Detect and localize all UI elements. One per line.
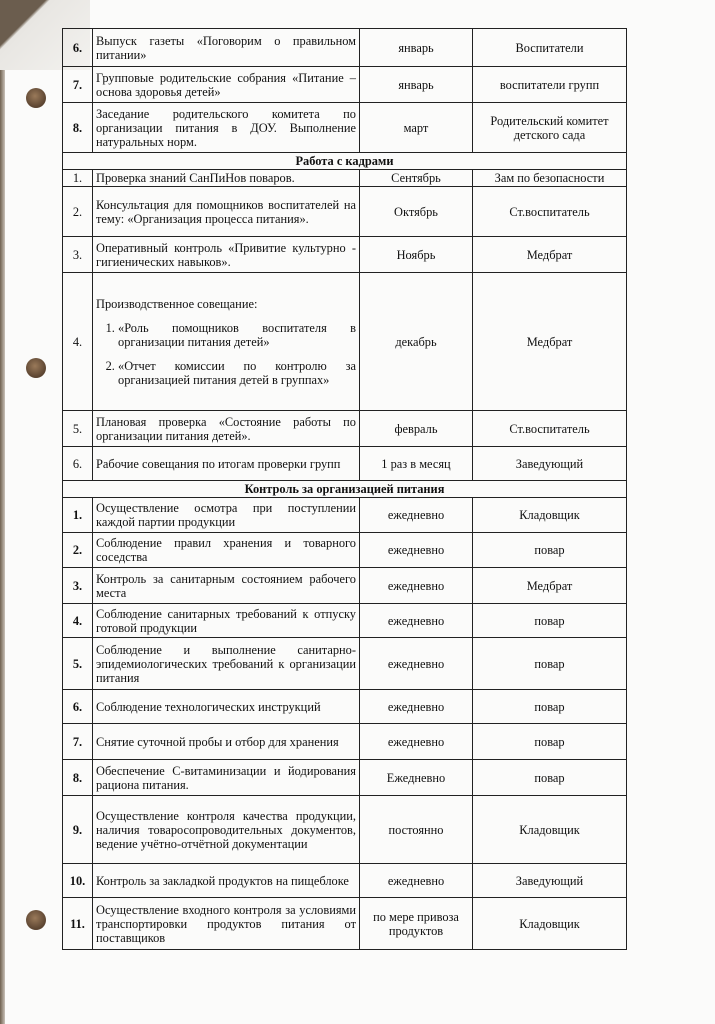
section-title-staff: Работа с кадрами [63, 153, 627, 170]
row-number: 4. [63, 604, 93, 638]
table-row: 4. Соблюдение санитарных требований к от… [63, 604, 627, 638]
section-header-row: Контроль за организацией питания [63, 481, 627, 498]
table-row: 7. Групповые родительские собрания «Пита… [63, 67, 627, 103]
responsible-cell: повар [473, 604, 627, 638]
deadline-cell: ежедневно [360, 604, 473, 638]
deadline-cell: ежедневно [360, 568, 473, 604]
table-row: 6. Рабочие совещания по итогам проверки … [63, 447, 627, 481]
responsible-cell: Медбрат [473, 568, 627, 604]
table-row: 3. Оперативный контроль «Привитие культу… [63, 237, 627, 273]
nutrition-plan-table: 6. Выпуск газеты «Поговорим о правильном… [62, 28, 627, 950]
activity-cell: Осуществление контроля качества продукци… [93, 796, 360, 864]
row-number: 5. [63, 411, 93, 447]
row-number: 9. [63, 796, 93, 864]
row-number: 1. [63, 498, 93, 533]
responsible-cell: Кладовщик [473, 498, 627, 533]
responsible-cell: повар [473, 724, 627, 760]
table-row: 8. Заседание родительского комитета по о… [63, 103, 627, 153]
table-row: 2. Консультация для помощников воспитате… [63, 187, 627, 237]
activity-cell: Соблюдение правил хранения и товарного с… [93, 533, 360, 568]
deadline-cell: февраль [360, 411, 473, 447]
deadline-cell: ежедневно [360, 724, 473, 760]
row-number: 6. [63, 29, 93, 67]
activity-cell: Снятие суточной пробы и отбор для хранен… [93, 724, 360, 760]
punch-hole [26, 910, 46, 930]
row-number: 7. [63, 67, 93, 103]
activity-cell: Контроль за санитарным состоянием рабоче… [93, 568, 360, 604]
activity-cell: Обеспечение С-витаминизации и йодировани… [93, 760, 360, 796]
table-row: 3. Контроль за санитарным состоянием раб… [63, 568, 627, 604]
row-number: 2. [63, 533, 93, 568]
activity-heading: Производственное совещание: [96, 297, 356, 311]
responsible-cell: повар [473, 690, 627, 724]
activity-cell: Выпуск газеты «Поговорим о правильном пи… [93, 29, 360, 67]
row-number: 8. [63, 103, 93, 153]
deadline-cell: март [360, 103, 473, 153]
activity-cell: Проверка знаний СанПиНов поваров. [93, 170, 360, 187]
row-number: 11. [63, 898, 93, 950]
row-number: 6. [63, 447, 93, 481]
activity-cell: Соблюдение санитарных требований к отпус… [93, 604, 360, 638]
deadline-cell: по мере привоза продуктов [360, 898, 473, 950]
responsible-cell: повар [473, 533, 627, 568]
responsible-cell: Родительский комитет детского сада [473, 103, 627, 153]
deadline-cell: Ноябрь [360, 237, 473, 273]
activity-cell: Соблюдение технологических инструкций [93, 690, 360, 724]
table-row: 2. Соблюдение правил хранения и товарног… [63, 533, 627, 568]
scanned-page: 6. Выпуск газеты «Поговорим о правильном… [0, 0, 715, 1024]
section-header-row: Работа с кадрами [63, 153, 627, 170]
responsible-cell: Заведующий [473, 447, 627, 481]
agenda-item: «Роль помощников воспитателя в организац… [118, 321, 356, 349]
agenda-list: «Роль помощников воспитателя в организац… [96, 321, 356, 387]
activity-cell: Рабочие совещания по итогам проверки гру… [93, 447, 360, 481]
table-row: 6. Соблюдение технологических инструкций… [63, 690, 627, 724]
deadline-cell: 1 раз в месяц [360, 447, 473, 481]
activity-cell: Консультация для помощников воспитателей… [93, 187, 360, 237]
activity-cell: Соблюдение и выполнение санитарно-эпидем… [93, 638, 360, 690]
row-number: 3. [63, 568, 93, 604]
table-row: 10. Контроль за закладкой продуктов на п… [63, 864, 627, 898]
deadline-cell: ежедневно [360, 533, 473, 568]
row-number: 4. [63, 273, 93, 411]
deadline-cell: Октябрь [360, 187, 473, 237]
table-row: 5. Плановая проверка «Состояние работы п… [63, 411, 627, 447]
responsible-cell: повар [473, 760, 627, 796]
row-number: 1. [63, 170, 93, 187]
activity-cell: Контроль за закладкой продуктов на пищеб… [93, 864, 360, 898]
row-number: 2. [63, 187, 93, 237]
table-row: 6. Выпуск газеты «Поговорим о правильном… [63, 29, 627, 67]
table-row: 5. Соблюдение и выполнение санитарно-эпи… [63, 638, 627, 690]
table-row: 1. Проверка знаний СанПиНов поваров. Сен… [63, 170, 627, 187]
activity-cell: Групповые родительские собрания «Питание… [93, 67, 360, 103]
responsible-cell: Воспитатели [473, 29, 627, 67]
table-row: 8. Обеспечение С-витаминизации и йодиров… [63, 760, 627, 796]
activity-cell: Осуществление осмотра при поступлении ка… [93, 498, 360, 533]
responsible-cell: Медбрат [473, 237, 627, 273]
punch-hole [26, 358, 46, 378]
activity-cell: Производственное совещание: «Роль помощн… [93, 273, 360, 411]
deadline-cell: январь [360, 29, 473, 67]
table-row: 7. Снятие суточной пробы и отбор для хра… [63, 724, 627, 760]
responsible-cell: воспитатели групп [473, 67, 627, 103]
table-row: 1. Осуществление осмотра при поступлении… [63, 498, 627, 533]
row-number: 8. [63, 760, 93, 796]
deadline-cell: постоянно [360, 796, 473, 864]
activity-cell: Заседание родительского комитета по орга… [93, 103, 360, 153]
deadline-cell: Сентябрь [360, 170, 473, 187]
responsible-cell: Заведующий [473, 864, 627, 898]
row-number: 6. [63, 690, 93, 724]
page-edge-shadow [0, 0, 5, 1024]
deadline-cell: январь [360, 67, 473, 103]
agenda-item: «Отчет комиссии по контролю за организац… [118, 359, 356, 387]
responsible-cell: Медбрат [473, 273, 627, 411]
responsible-cell: Кладовщик [473, 796, 627, 864]
deadline-cell: декабрь [360, 273, 473, 411]
activity-cell: Плановая проверка «Состояние работы по о… [93, 411, 360, 447]
responsible-cell: Ст.воспитатель [473, 411, 627, 447]
row-number: 3. [63, 237, 93, 273]
deadline-cell: ежедневно [360, 498, 473, 533]
deadline-cell: ежедневно [360, 638, 473, 690]
deadline-cell: Ежедневно [360, 760, 473, 796]
responsible-cell: Зам по безопасности [473, 170, 627, 187]
activity-cell: Оперативный контроль «Привитие культурно… [93, 237, 360, 273]
table-row: 9. Осуществление контроля качества проду… [63, 796, 627, 864]
activity-cell: Осуществление входного контроля за услов… [93, 898, 360, 950]
responsible-cell: Кладовщик [473, 898, 627, 950]
deadline-cell: ежедневно [360, 690, 473, 724]
responsible-cell: Ст.воспитатель [473, 187, 627, 237]
row-number: 5. [63, 638, 93, 690]
section-title-control: Контроль за организацией питания [63, 481, 627, 498]
table-row: 11. Осуществление входного контроля за у… [63, 898, 627, 950]
punch-hole [26, 88, 46, 108]
deadline-cell: ежедневно [360, 864, 473, 898]
table-row: 4. Производственное совещание: «Роль пом… [63, 273, 627, 411]
responsible-cell: повар [473, 638, 627, 690]
row-number: 7. [63, 724, 93, 760]
row-number: 10. [63, 864, 93, 898]
